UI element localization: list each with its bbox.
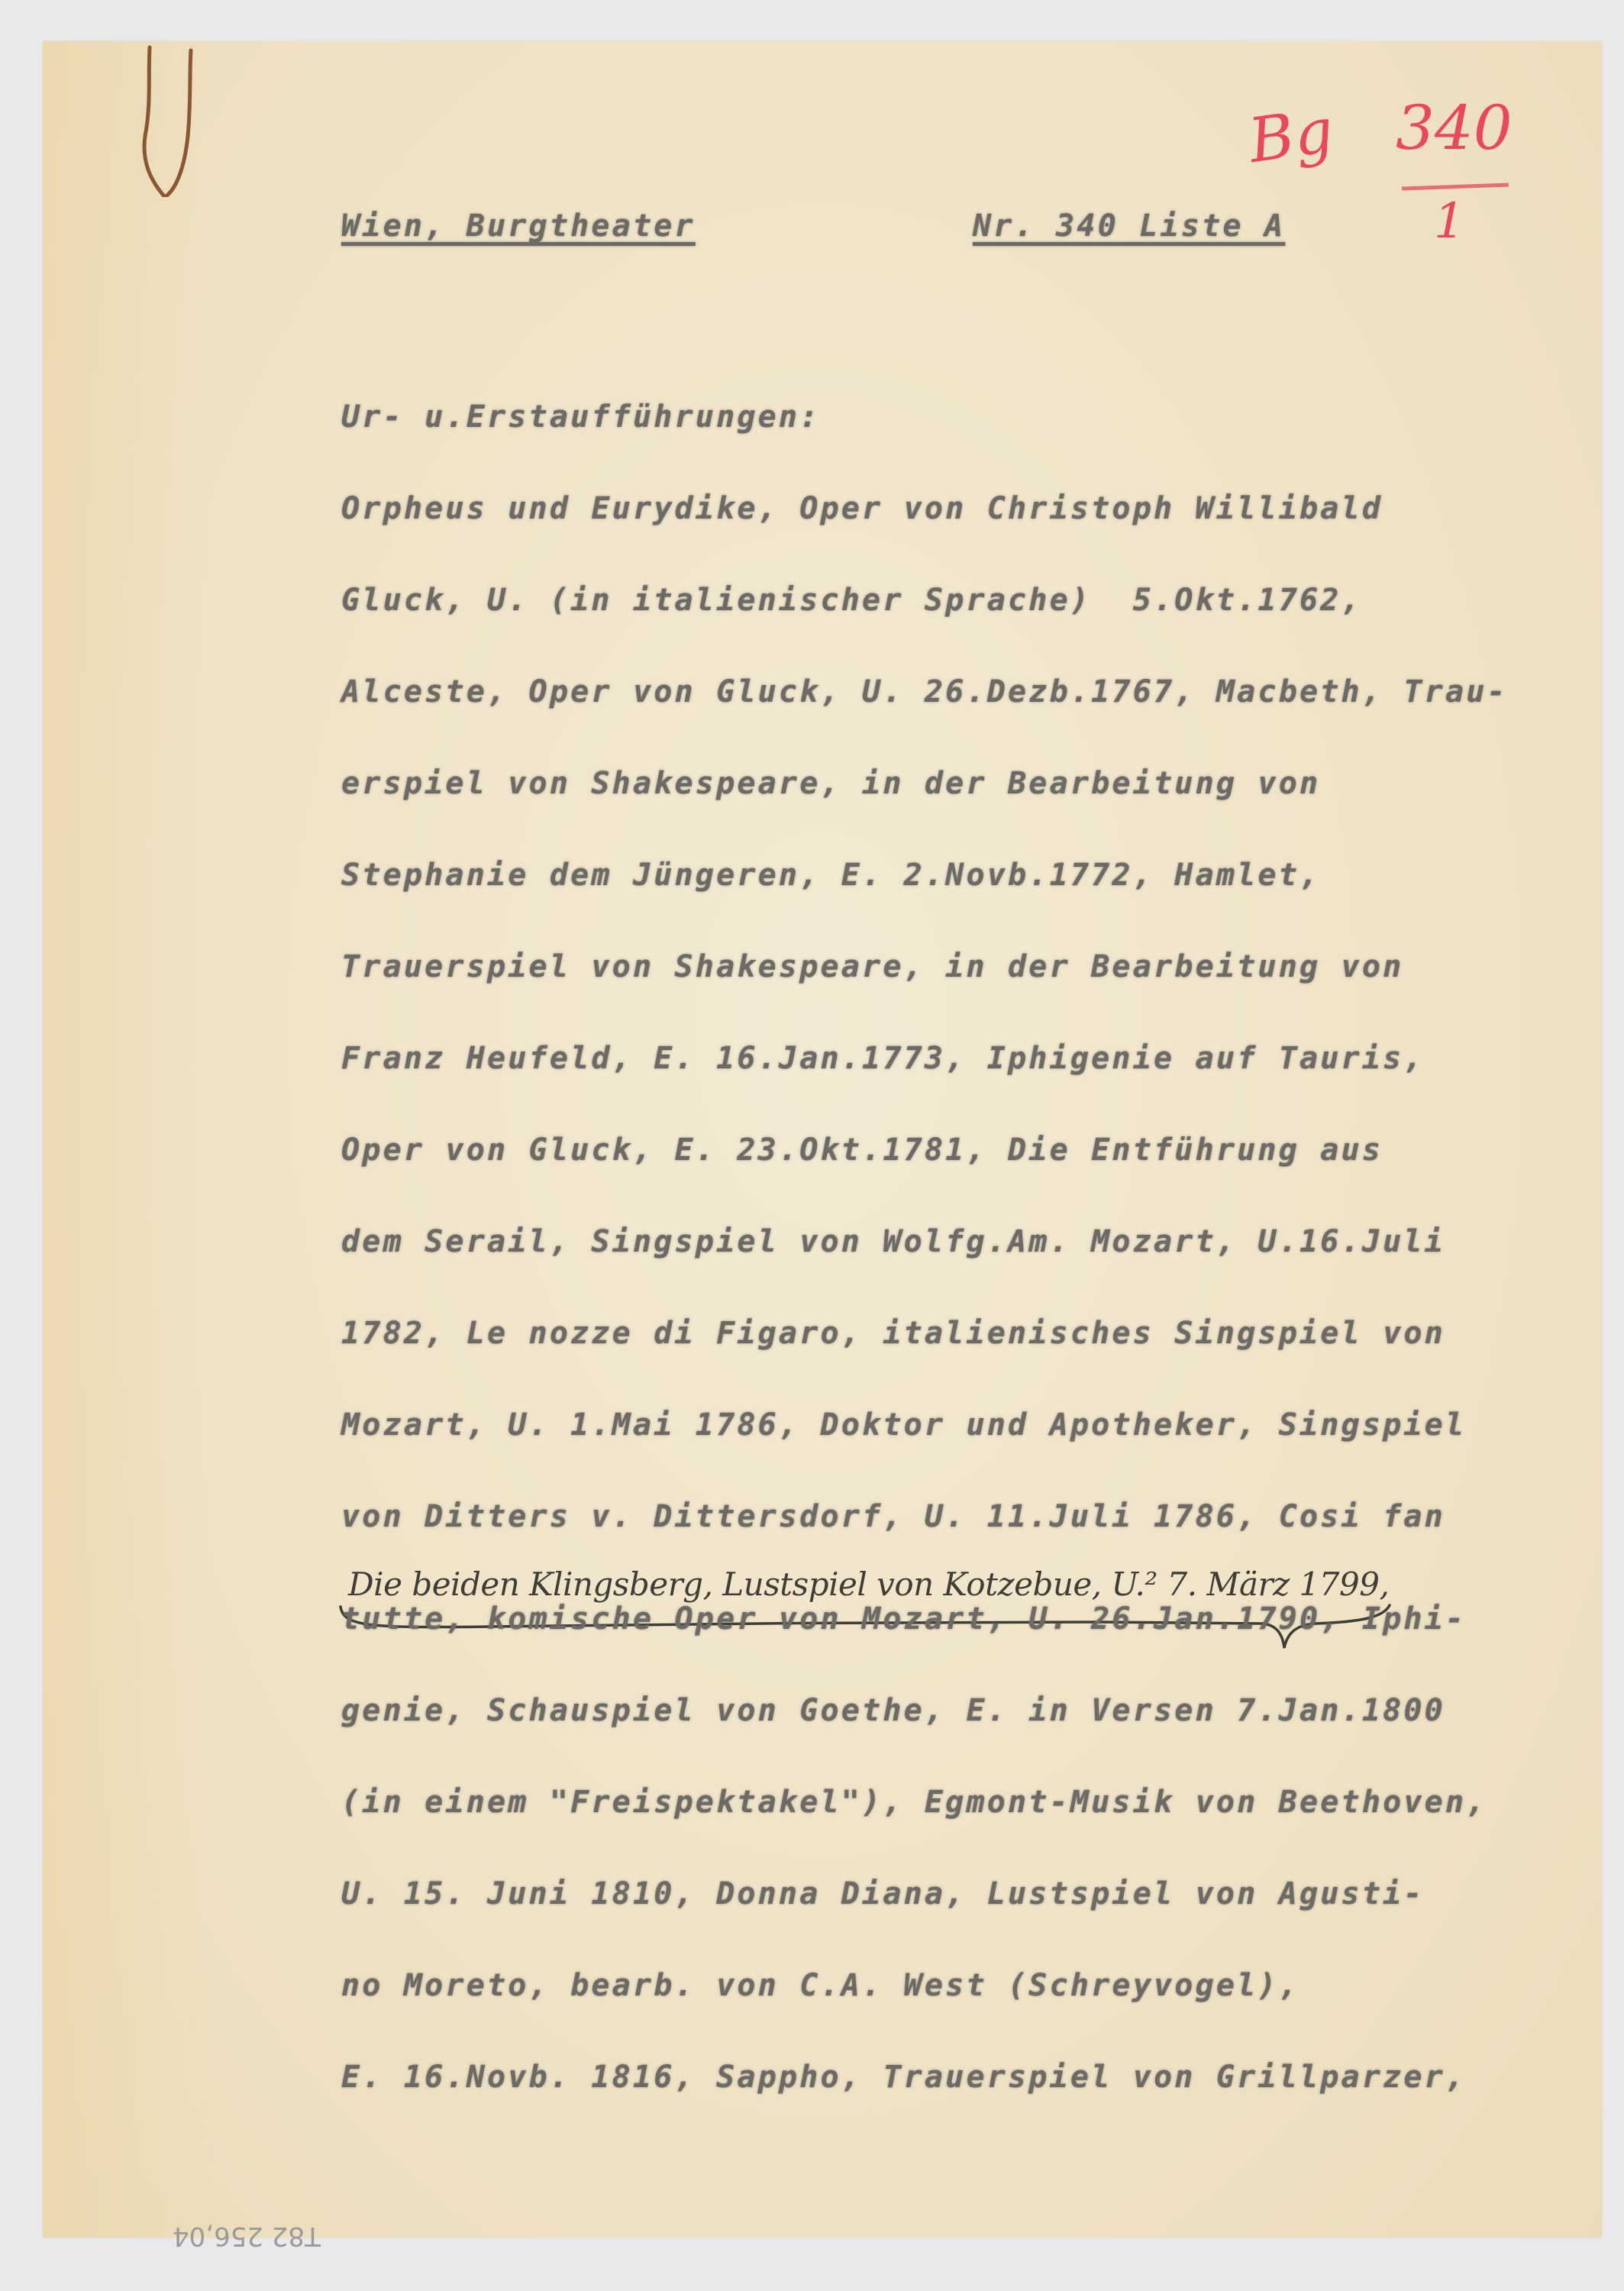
text-line: no Moreto, bearb. von C.A. West (Schreyv…: [341, 1970, 1300, 2001]
header-list-number: Nr. 340 Liste A: [973, 211, 1285, 241]
text-line: Mozart, U. 1.Mai 1786, Doktor und Apothe…: [341, 1410, 1466, 1440]
text-line: Franz Heufeld, E. 16.Jan.1773, Iphigenie…: [341, 1043, 1425, 1074]
text-line: Alceste, Oper von Gluck, U. 26.Dezb.1767…: [341, 677, 1508, 707]
paperclip-rust-stain-icon: [142, 44, 203, 197]
text-line: Trauerspiel von Shakespeare, in der Bear…: [341, 952, 1403, 982]
archive-annotation-sub: 1: [1434, 197, 1465, 246]
text-line: Orpheus und Eurydike, Oper von Christoph…: [341, 493, 1383, 524]
text-line: (in einem "Freispektakel"), Egmont-Musik…: [341, 1787, 1487, 1818]
document-page: Wien, Burgtheater Nr. 340 Liste A Bg 340…: [43, 41, 1602, 2238]
text-line: U. 15. Juni 1810, Donna Diana, Lustspiel…: [341, 1879, 1425, 1909]
text-line: von Ditters v. Dittersdorf, U. 11.Juli 1…: [341, 1501, 1445, 1532]
archive-annotation-number: 340: [1396, 98, 1513, 159]
archive-annotation-fraction-line: [1402, 183, 1509, 191]
section-title: Ur- u.Erstaufführungen:: [341, 402, 821, 432]
text-line: dem Serail, Singspiel von Wolfg.Am. Moza…: [341, 1226, 1445, 1257]
text-line: genie, Schauspiel von Goethe, E. in Vers…: [341, 1695, 1445, 1726]
text-line: erspiel von Shakespeare, in der Bearbeit…: [341, 768, 1320, 799]
text-line: Gluck, U. (in italienischer Sprache) 5.O…: [341, 585, 1362, 616]
header-location: Wien, Burgtheater: [341, 211, 696, 241]
archive-annotation-prefix: Bg: [1245, 100, 1337, 173]
pencil-catalog-note: T82 256,04: [173, 2221, 321, 2251]
text-line: 1782, Le nozze di Figaro, italienisches …: [341, 1318, 1445, 1349]
text-line: tutte, komische Oper von Mozart, U. 26.J…: [341, 1604, 1466, 1634]
text-line: E. 16.Novb. 1816, Sappho, Trauerspiel vo…: [341, 2062, 1466, 2092]
text-line: Oper von Gluck, E. 23.Okt.1781, Die Entf…: [341, 1135, 1383, 1165]
handwritten-insertion: Die beiden Klingsberg, Lustspiel von Kot…: [348, 1569, 1389, 1601]
text-line: Stephanie dem Jüngeren, E. 2.Novb.1772, …: [341, 860, 1320, 890]
